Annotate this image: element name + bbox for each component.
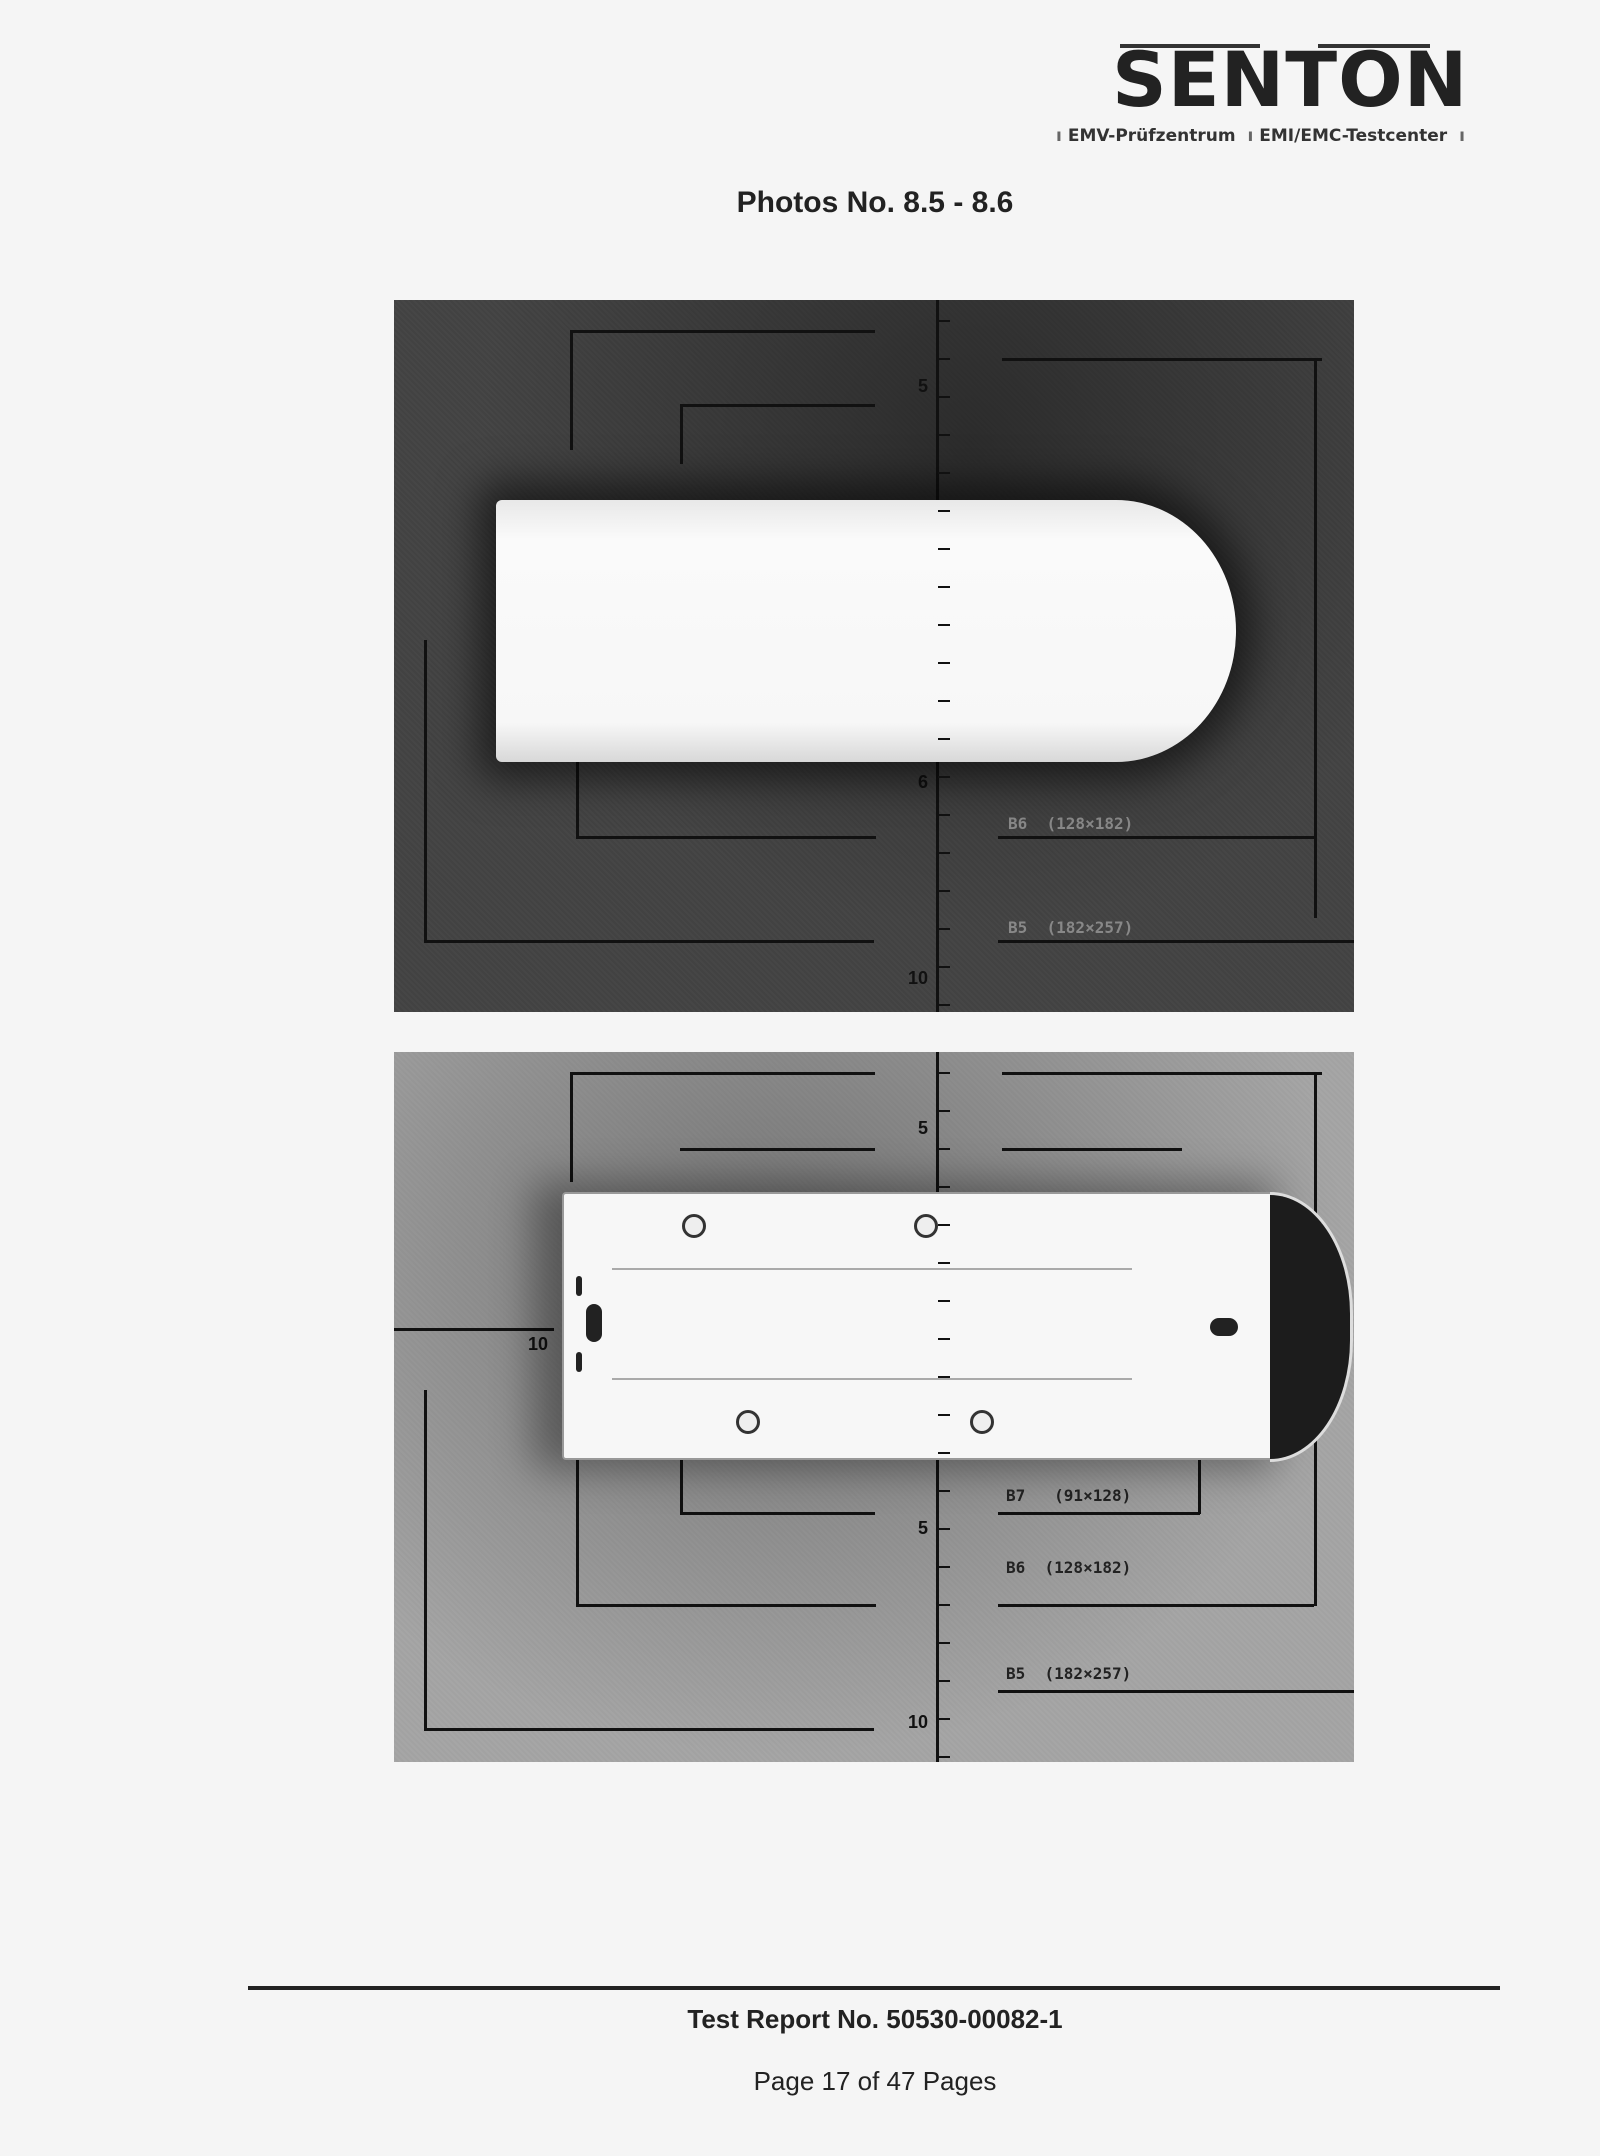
grid-line xyxy=(570,1072,573,1182)
size-label-b5: B5 (182×257) xyxy=(1006,1664,1131,1683)
ruler-tick xyxy=(938,358,950,360)
ruler-tick xyxy=(938,320,950,322)
ruler-tick xyxy=(938,1490,950,1492)
device-end-cap xyxy=(1270,1192,1353,1462)
grid-line xyxy=(680,1512,875,1515)
ruler-tick xyxy=(938,1110,950,1112)
screw-icon xyxy=(736,1410,760,1434)
grid-line xyxy=(680,1148,875,1151)
ruler-tick xyxy=(938,738,950,740)
ruler-number: 10 xyxy=(908,968,928,989)
ruler-number: 10 xyxy=(528,1334,548,1355)
ruler-tick xyxy=(938,396,950,398)
slot-icon xyxy=(586,1304,602,1342)
ruler-tick xyxy=(938,1680,950,1682)
ruler-tick xyxy=(938,1224,950,1226)
slot-icon xyxy=(576,1276,582,1296)
ruler-tick xyxy=(938,1756,950,1758)
ruler-tick xyxy=(938,434,950,436)
slot-icon xyxy=(576,1352,582,1372)
grid-line xyxy=(424,1390,427,1730)
grid-line xyxy=(1198,1456,1201,1514)
ruler-tick xyxy=(938,624,950,626)
report-number: Test Report No. 50530-00082-1 xyxy=(0,2004,1600,2035)
ruler-number: 5 xyxy=(918,1518,928,1539)
photo-8-5: 5 6 10 B6 (128×182) B5 (182×257) xyxy=(394,300,1354,1012)
ruler-tick xyxy=(938,1004,950,1006)
logo-subtitle-de: EMV-Prüfzentrum xyxy=(1068,126,1236,146)
slot-icon xyxy=(1210,1318,1238,1336)
ruler-tick xyxy=(938,1604,950,1606)
screw-icon xyxy=(914,1214,938,1238)
ruler-tick xyxy=(938,700,950,702)
photo-8-6: 5 5 10 10 B7 (91×128) B6 (128×182) B5 (1… xyxy=(394,1052,1354,1762)
ruler-tick xyxy=(938,1566,950,1568)
ruler-number: 5 xyxy=(918,376,928,397)
grid-line xyxy=(1002,1072,1322,1075)
grid-line xyxy=(576,836,876,839)
grid-line xyxy=(998,940,1354,943)
grid-line xyxy=(1002,358,1322,361)
ruler-tick xyxy=(938,548,950,550)
ruler-tick xyxy=(938,1262,950,1264)
ruler-tick xyxy=(938,1338,950,1340)
ruler-tick xyxy=(938,662,950,664)
seam-line xyxy=(612,1378,1132,1380)
grid-line xyxy=(576,762,579,838)
grid-line xyxy=(570,330,875,333)
grid-line xyxy=(576,1456,579,1606)
page-title: Photos No. 8.5 - 8.6 xyxy=(0,186,1600,220)
ruler-tick xyxy=(938,1414,950,1416)
ruler-tick xyxy=(938,1148,950,1150)
device-top-view xyxy=(496,500,1236,762)
size-label-b7: B7 (91×128) xyxy=(1006,1486,1131,1505)
ruler-tick xyxy=(938,814,950,816)
size-label-b6: B6 (128×182) xyxy=(1008,814,1133,833)
ruler-tick xyxy=(938,586,950,588)
grid-line xyxy=(570,1072,875,1075)
ruler-tick xyxy=(938,1642,950,1644)
grid-line xyxy=(424,940,874,943)
ruler-tick xyxy=(938,966,950,968)
page-number: Page 17 of 47 Pages xyxy=(0,2066,1600,2097)
grid-line xyxy=(680,404,683,464)
screw-icon xyxy=(970,1410,994,1434)
device-bottom-view xyxy=(562,1192,1286,1460)
size-label-b5: B5 (182×257) xyxy=(1008,918,1133,937)
grid-line xyxy=(998,836,1314,839)
ruler-tick xyxy=(938,1376,950,1378)
ruler-tick xyxy=(938,1072,950,1074)
ruler-tick xyxy=(938,1452,950,1454)
grid-line xyxy=(998,1604,1314,1607)
logo-subtitle: ıEMV-Prüfzentrum ıEMI/EMC-Testcenter ı xyxy=(1050,126,1471,146)
ruler-tick xyxy=(938,510,950,512)
ruler-tick xyxy=(938,472,950,474)
ruler-tick xyxy=(938,928,950,930)
ruler-tick xyxy=(938,776,950,778)
logo-wordmark: SENTON xyxy=(1112,42,1468,118)
grid-line xyxy=(1002,1148,1182,1151)
grid-line xyxy=(1314,358,1317,918)
senton-logo: SENTON ıEMV-Prüfzentrum ıEMI/EMC-Testcen… xyxy=(1040,36,1520,156)
size-label-b6: B6 (128×182) xyxy=(1006,1558,1131,1577)
grid-line xyxy=(998,1512,1200,1515)
ruler-tick xyxy=(938,1186,950,1188)
seam-line xyxy=(612,1268,1132,1270)
screw-icon xyxy=(682,1214,706,1238)
ruler-number: 6 xyxy=(918,772,928,793)
ruler-tick xyxy=(938,890,950,892)
grid-line xyxy=(576,1604,876,1607)
footer-divider xyxy=(248,1986,1500,1990)
ruler-horizontal xyxy=(394,1328,554,1331)
grid-line xyxy=(680,1456,683,1514)
ruler-number: 5 xyxy=(918,1118,928,1139)
logo-subtitle-en: EMI/EMC-Testcenter xyxy=(1259,126,1447,146)
grid-line xyxy=(998,1690,1354,1693)
grid-line xyxy=(570,330,573,450)
grid-line xyxy=(424,640,427,940)
ruler-tick xyxy=(938,1300,950,1302)
ruler-number: 10 xyxy=(908,1712,928,1733)
grid-line xyxy=(680,404,875,407)
grid-line xyxy=(424,1728,874,1731)
ruler-tick xyxy=(938,1528,950,1530)
ruler-tick xyxy=(938,852,950,854)
ruler-tick xyxy=(938,1718,950,1720)
